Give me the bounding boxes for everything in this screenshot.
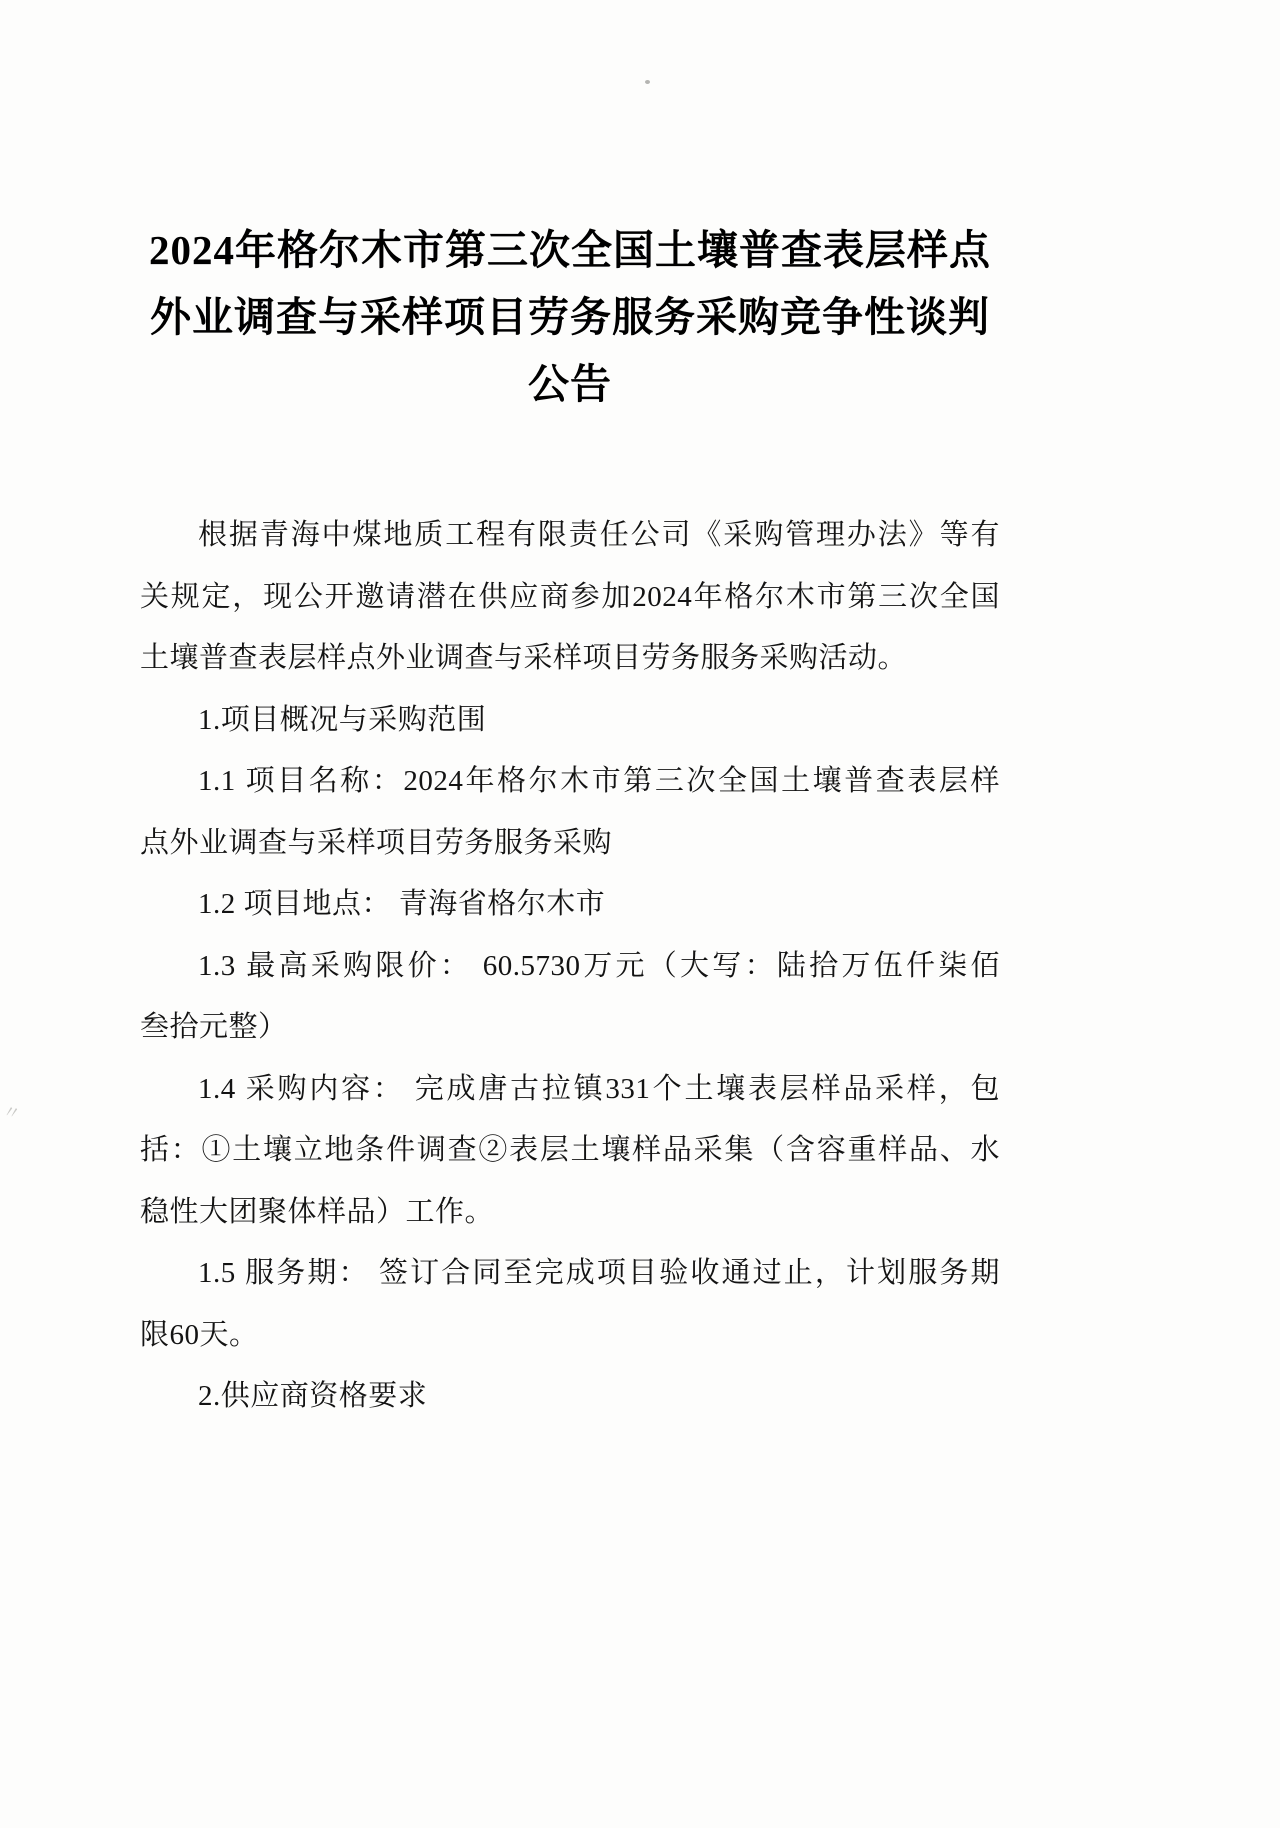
- item-1-3-line-2: 叁拾元整）: [140, 997, 1000, 1059]
- intro-line-1: 根据青海中煤地质工程有限责任公司《采购管理办法》等有: [140, 505, 1000, 567]
- scanned-document-page: 〃 2024年格尔木市第三次全国土壤普查表层样点 外业调查与采样项目劳务服务采购…: [0, 0, 1280, 1828]
- item-1-3-line-1: 1.3 最高采购限价： 60.5730万元（大写：陆拾万伍仟柒佰: [140, 936, 1000, 998]
- scan-artifact-mark: 〃: [2, 1097, 15, 1115]
- item-1-4-line-3: 稳性大团聚体样品）工作。: [140, 1182, 1000, 1244]
- document-content: 2024年格尔木市第三次全国土壤普查表层样点 外业调查与采样项目劳务服务采购竞争…: [140, 217, 1000, 1428]
- item-1-1-line-2: 点外业调查与采样项目劳务服务采购: [140, 813, 1000, 875]
- item-1-5-line-1: 1.5 服务期： 签订合同至完成项目验收通过止，计划服务期: [140, 1243, 1000, 1305]
- title-line-2: 外业调查与采样项目劳务服务采购竞争性谈判: [140, 284, 1000, 351]
- item-1-2-line: 1.2 项目地点： 青海省格尔木市: [140, 874, 1000, 936]
- document-body: 根据青海中煤地质工程有限责任公司《采购管理办法》等有 关规定，现公开邀请潜在供应…: [140, 505, 1000, 1428]
- item-1-5-line-2: 限60天。: [140, 1305, 1000, 1367]
- section-1-heading: 1.项目概况与采购范围: [140, 690, 1000, 752]
- item-1-4-line-2: 括：①土壤立地条件调查②表层土壤样品采集（含容重样品、水: [140, 1120, 1000, 1182]
- title-line-3: 公告: [140, 351, 1000, 418]
- item-1-1-line-1: 1.1 项目名称：2024年格尔木市第三次全国土壤普查表层样: [140, 751, 1000, 813]
- title-line-1: 2024年格尔木市第三次全国土壤普查表层样点: [140, 217, 1000, 284]
- document-title: 2024年格尔木市第三次全国土壤普查表层样点 外业调查与采样项目劳务服务采购竞争…: [140, 217, 1000, 418]
- intro-line-3: 土壤普查表层样点外业调查与采样项目劳务服务采购活动。: [140, 628, 1000, 690]
- intro-line-2: 关规定，现公开邀请潜在供应商参加2024年格尔木市第三次全国: [140, 567, 1000, 629]
- item-1-4-line-1: 1.4 采购内容： 完成唐古拉镇331个土壤表层样品采样，包: [140, 1059, 1000, 1121]
- scan-artifact-dot: [645, 80, 650, 84]
- section-2-heading: 2.供应商资格要求: [140, 1366, 1000, 1428]
